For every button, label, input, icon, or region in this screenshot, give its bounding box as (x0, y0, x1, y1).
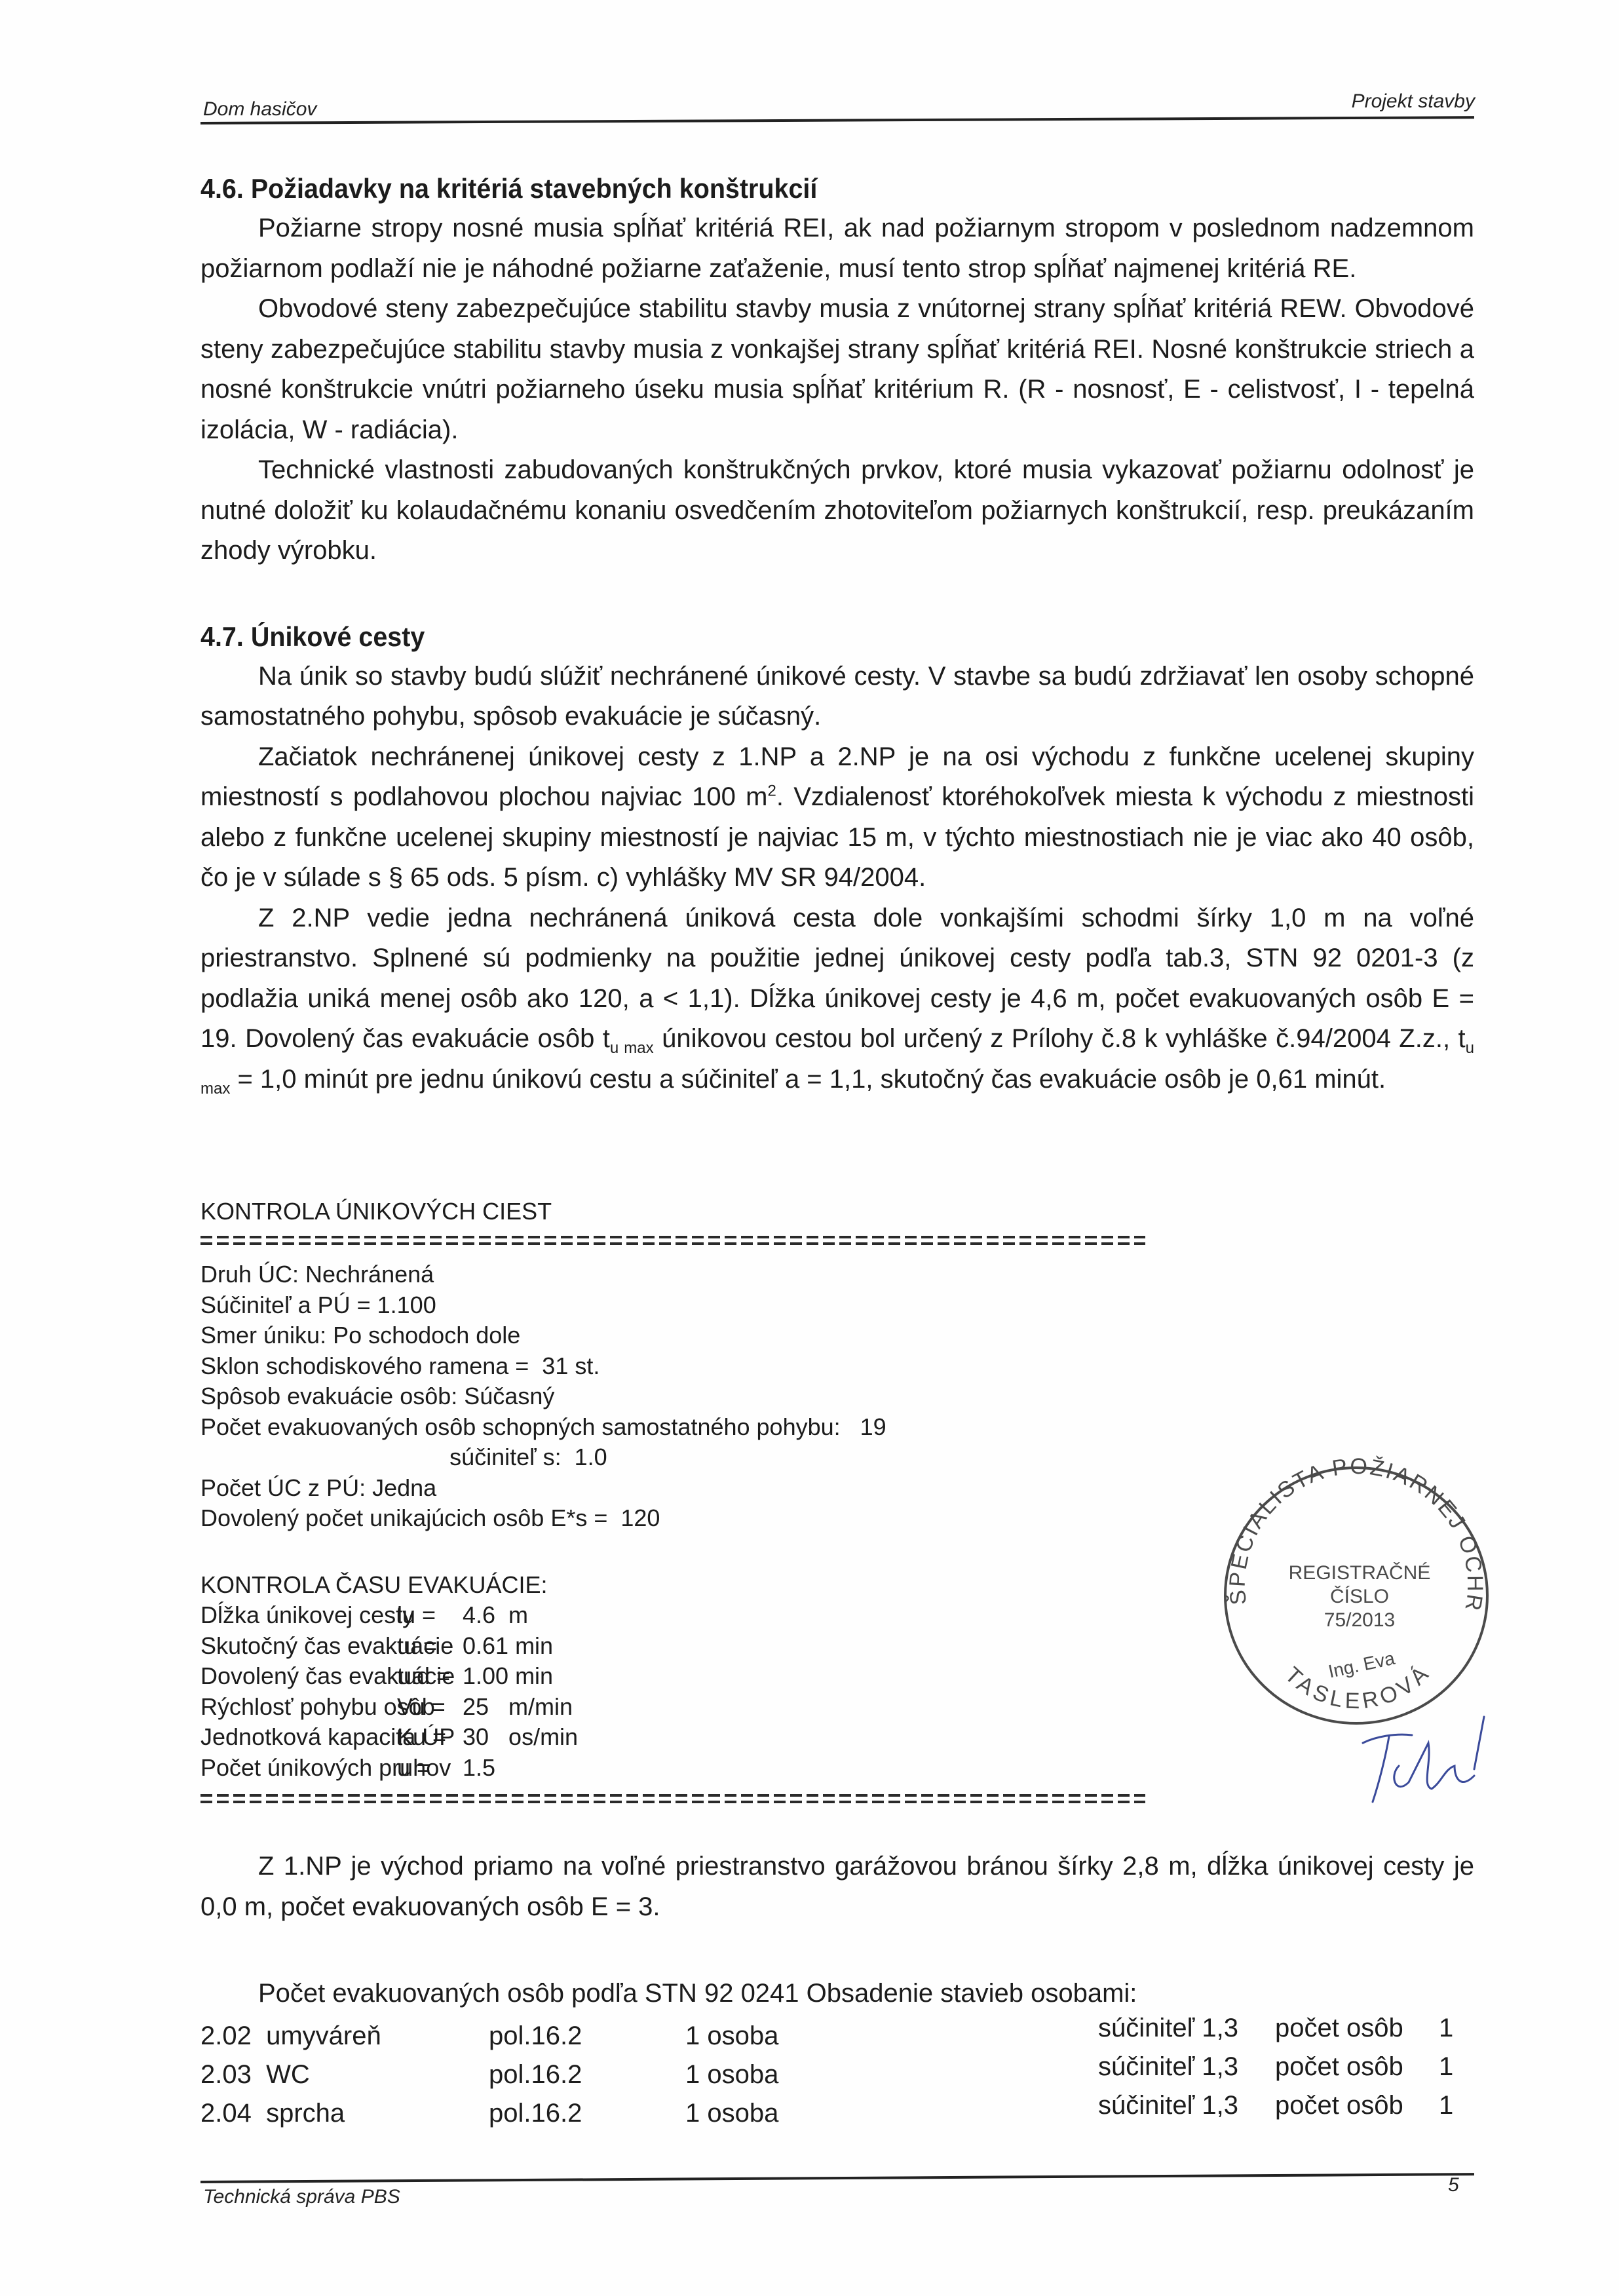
np1-section: Z 1.NP je východ priamo na voľné priestr… (200, 1846, 1474, 1927)
row-value: 25 m/min (463, 1692, 567, 1723)
np1-paragraph: Z 1.NP je východ priamo na voľné priestr… (200, 1846, 1474, 1927)
escape-check-line: Dovolený počet unikajúcich osôb E*s = 12… (200, 1503, 886, 1534)
text-run: = 1,0 minút pre jednu únikovú cestu a sú… (230, 1065, 1386, 1094)
section-4-7-title: 4.7. Únikové cesty (200, 617, 1398, 657)
page-number: 5 (1448, 2174, 1459, 2196)
row-symbol: Ku = (397, 1722, 463, 1753)
row-symbol: tu = (397, 1631, 463, 1662)
coefficient: súčiniteľ 1,3 (1098, 2048, 1238, 2086)
time-check-table: Dĺžka únikovej cestylu =4.6 m Skutočný č… (200, 1600, 567, 1783)
main-content: 4.6. Požiadavky na kritériá stavebných k… (200, 169, 1474, 1100)
persons: 1 osoba (685, 2017, 778, 2056)
time-check-row: Dĺžka únikovej cestylu =4.6 m (200, 1600, 567, 1631)
escape-check-line: Smer úniku: Po schodoch dole (200, 1320, 886, 1351)
stamp-name-line: Ing. Eva (1327, 1648, 1397, 1682)
time-check-row: Rýchlosť pohybu osôbVu =25 m/min (200, 1692, 567, 1723)
room: 2.04 sprcha (200, 2094, 345, 2133)
item-ref: pol.16.2 (489, 2094, 582, 2133)
persons: 1 osoba (685, 2056, 778, 2094)
count-value: 1 (1439, 2086, 1453, 2125)
footer-document-name: Technická správa PBS (203, 2186, 400, 2208)
escape-check-list: Druh ÚC: Nechránená Súčiniteľ a PÚ = 1.1… (200, 1259, 886, 1534)
header-document-type: Projekt stavby (1352, 90, 1475, 113)
spacer (200, 571, 1474, 617)
row-value: 1.5 (463, 1753, 567, 1784)
stamp-registration-number: 75/2013 (1324, 1609, 1395, 1631)
signature-stroke (1363, 1717, 1484, 1802)
row-symbol: tud = (397, 1661, 463, 1692)
occupancy-intro-wrap: Počet evakuovaných osôb podľa STN 92 024… (200, 1974, 1474, 2014)
item-ref: pol.16.2 (489, 2056, 582, 2094)
count-label: počet osôb (1275, 2009, 1403, 2048)
section-4-6-paragraph: Požiarne stropy nosné musia spĺňať krité… (200, 208, 1474, 289)
row-label: Dĺžka únikovej cesty (200, 1600, 397, 1631)
section-4-7-paragraph: Na únik so stavby budú slúžiť nechránené… (200, 657, 1474, 737)
escape-check-line: Počet ÚC z PÚ: Jedna (200, 1473, 886, 1504)
count-label: počet osôb (1275, 2086, 1403, 2125)
row-label: Dovolený čas evakuácie (200, 1661, 397, 1692)
superscript: 2 (767, 782, 776, 800)
row-value: 1.00 min (463, 1661, 567, 1692)
time-check-title: KONTROLA ČASU EVAKUÁCIE: (200, 1570, 547, 1601)
row-label: Rýchlosť pohybu osôb (200, 1692, 397, 1723)
row-value: 30 os/min (463, 1722, 567, 1753)
escape-check-line: Súčiniteľ a PÚ = 1.100 (200, 1290, 886, 1321)
time-check-row: Jednotková kapacita ÚPKu =30 os/min (200, 1722, 567, 1753)
dashed-divider (200, 1794, 1145, 1807)
time-check-row: Počet únikových pruhovu =1.5 (200, 1753, 567, 1784)
dashed-divider (200, 1236, 1145, 1249)
time-check-row: Skutočný čas evakuácietu =0.61 min (200, 1631, 567, 1662)
footer-rule (200, 2173, 1474, 2183)
handwritten-signature (1350, 1704, 1500, 1808)
document-page: Dom hasičov Projekt stavby 4.6. Požiadav… (0, 0, 1619, 2296)
escape-check-line: súčiniteľ s: 1.0 (200, 1442, 886, 1473)
section-4-7-paragraph: Z 2.NP vedie jedna nechránená úniková ce… (200, 898, 1474, 1100)
row-value: 0.61 min (463, 1631, 567, 1662)
item-ref: pol.16.2 (489, 2017, 582, 2056)
escape-check-line: Druh ÚC: Nechránená (200, 1259, 886, 1290)
header-rule (200, 116, 1474, 124)
count-value: 1 (1439, 2048, 1453, 2086)
occupancy-table: 2.02 umyváreň pol.16.2 1 osoba súčiniteľ… (200, 2017, 1474, 2133)
official-stamp: ŠPECIALISTA POŽIARNEJ OCHRANY REGISTRAČN… (1212, 1448, 1500, 1736)
stamp-number-label: ČÍSLO (1330, 1585, 1389, 1607)
room: 2.02 umyváreň (200, 2017, 381, 2056)
escape-check-title: KONTROLA ÚNIKOVÝCH CIEST (200, 1196, 552, 1227)
row-label: Jednotková kapacita ÚP (200, 1722, 397, 1753)
coefficient: súčiniteľ 1,3 (1098, 2009, 1238, 2048)
escape-check-line: Spôsob evakuácie osôb: Súčasný (200, 1381, 886, 1412)
row-symbol: Vu = (397, 1692, 463, 1723)
section-4-7-paragraph: Začiatok nechránenej únikovej cesty z 1.… (200, 737, 1474, 898)
row-label: Počet únikových pruhov (200, 1753, 397, 1784)
stamp-registration-label: REGISTRAČNÉ (1289, 1561, 1431, 1584)
occupancy-row: 2.04 sprcha pol.16.2 1 osoba súčiniteľ 1… (200, 2094, 1474, 2133)
escape-check-line: Sklon schodiskového ramena = 31 st. (200, 1351, 886, 1382)
coefficient: súčiniteľ 1,3 (1098, 2086, 1238, 2125)
occupancy-intro: Počet evakuovaných osôb podľa STN 92 024… (200, 1974, 1474, 2014)
persons: 1 osoba (685, 2094, 778, 2133)
subscript: u max (610, 1039, 654, 1057)
row-symbol: lu = (397, 1600, 463, 1631)
text-run: únikovou cestou bol určený z Prílohy č.8… (654, 1024, 1466, 1053)
count-label: počet osôb (1275, 2048, 1403, 2086)
header-project-name: Dom hasičov (203, 98, 316, 121)
row-symbol: u = (397, 1753, 463, 1784)
row-value: 4.6 m (463, 1600, 567, 1631)
section-4-6-paragraph: Obvodové steny zabezpečujúce stabilitu s… (200, 289, 1474, 450)
section-4-6-paragraph: Technické vlastnosti zabudovaných konštr… (200, 450, 1474, 571)
count-value: 1 (1439, 2009, 1453, 2048)
section-4-6-title: 4.6. Požiadavky na kritériá stavebných k… (200, 169, 1398, 208)
row-label: Skutočný čas evakuácie (200, 1631, 397, 1662)
escape-check-line: Počet evakuovaných osôb schopných samost… (200, 1412, 886, 1443)
room: 2.03 WC (200, 2056, 310, 2094)
time-check-row: Dovolený čas evakuácietud =1.00 min (200, 1661, 567, 1692)
